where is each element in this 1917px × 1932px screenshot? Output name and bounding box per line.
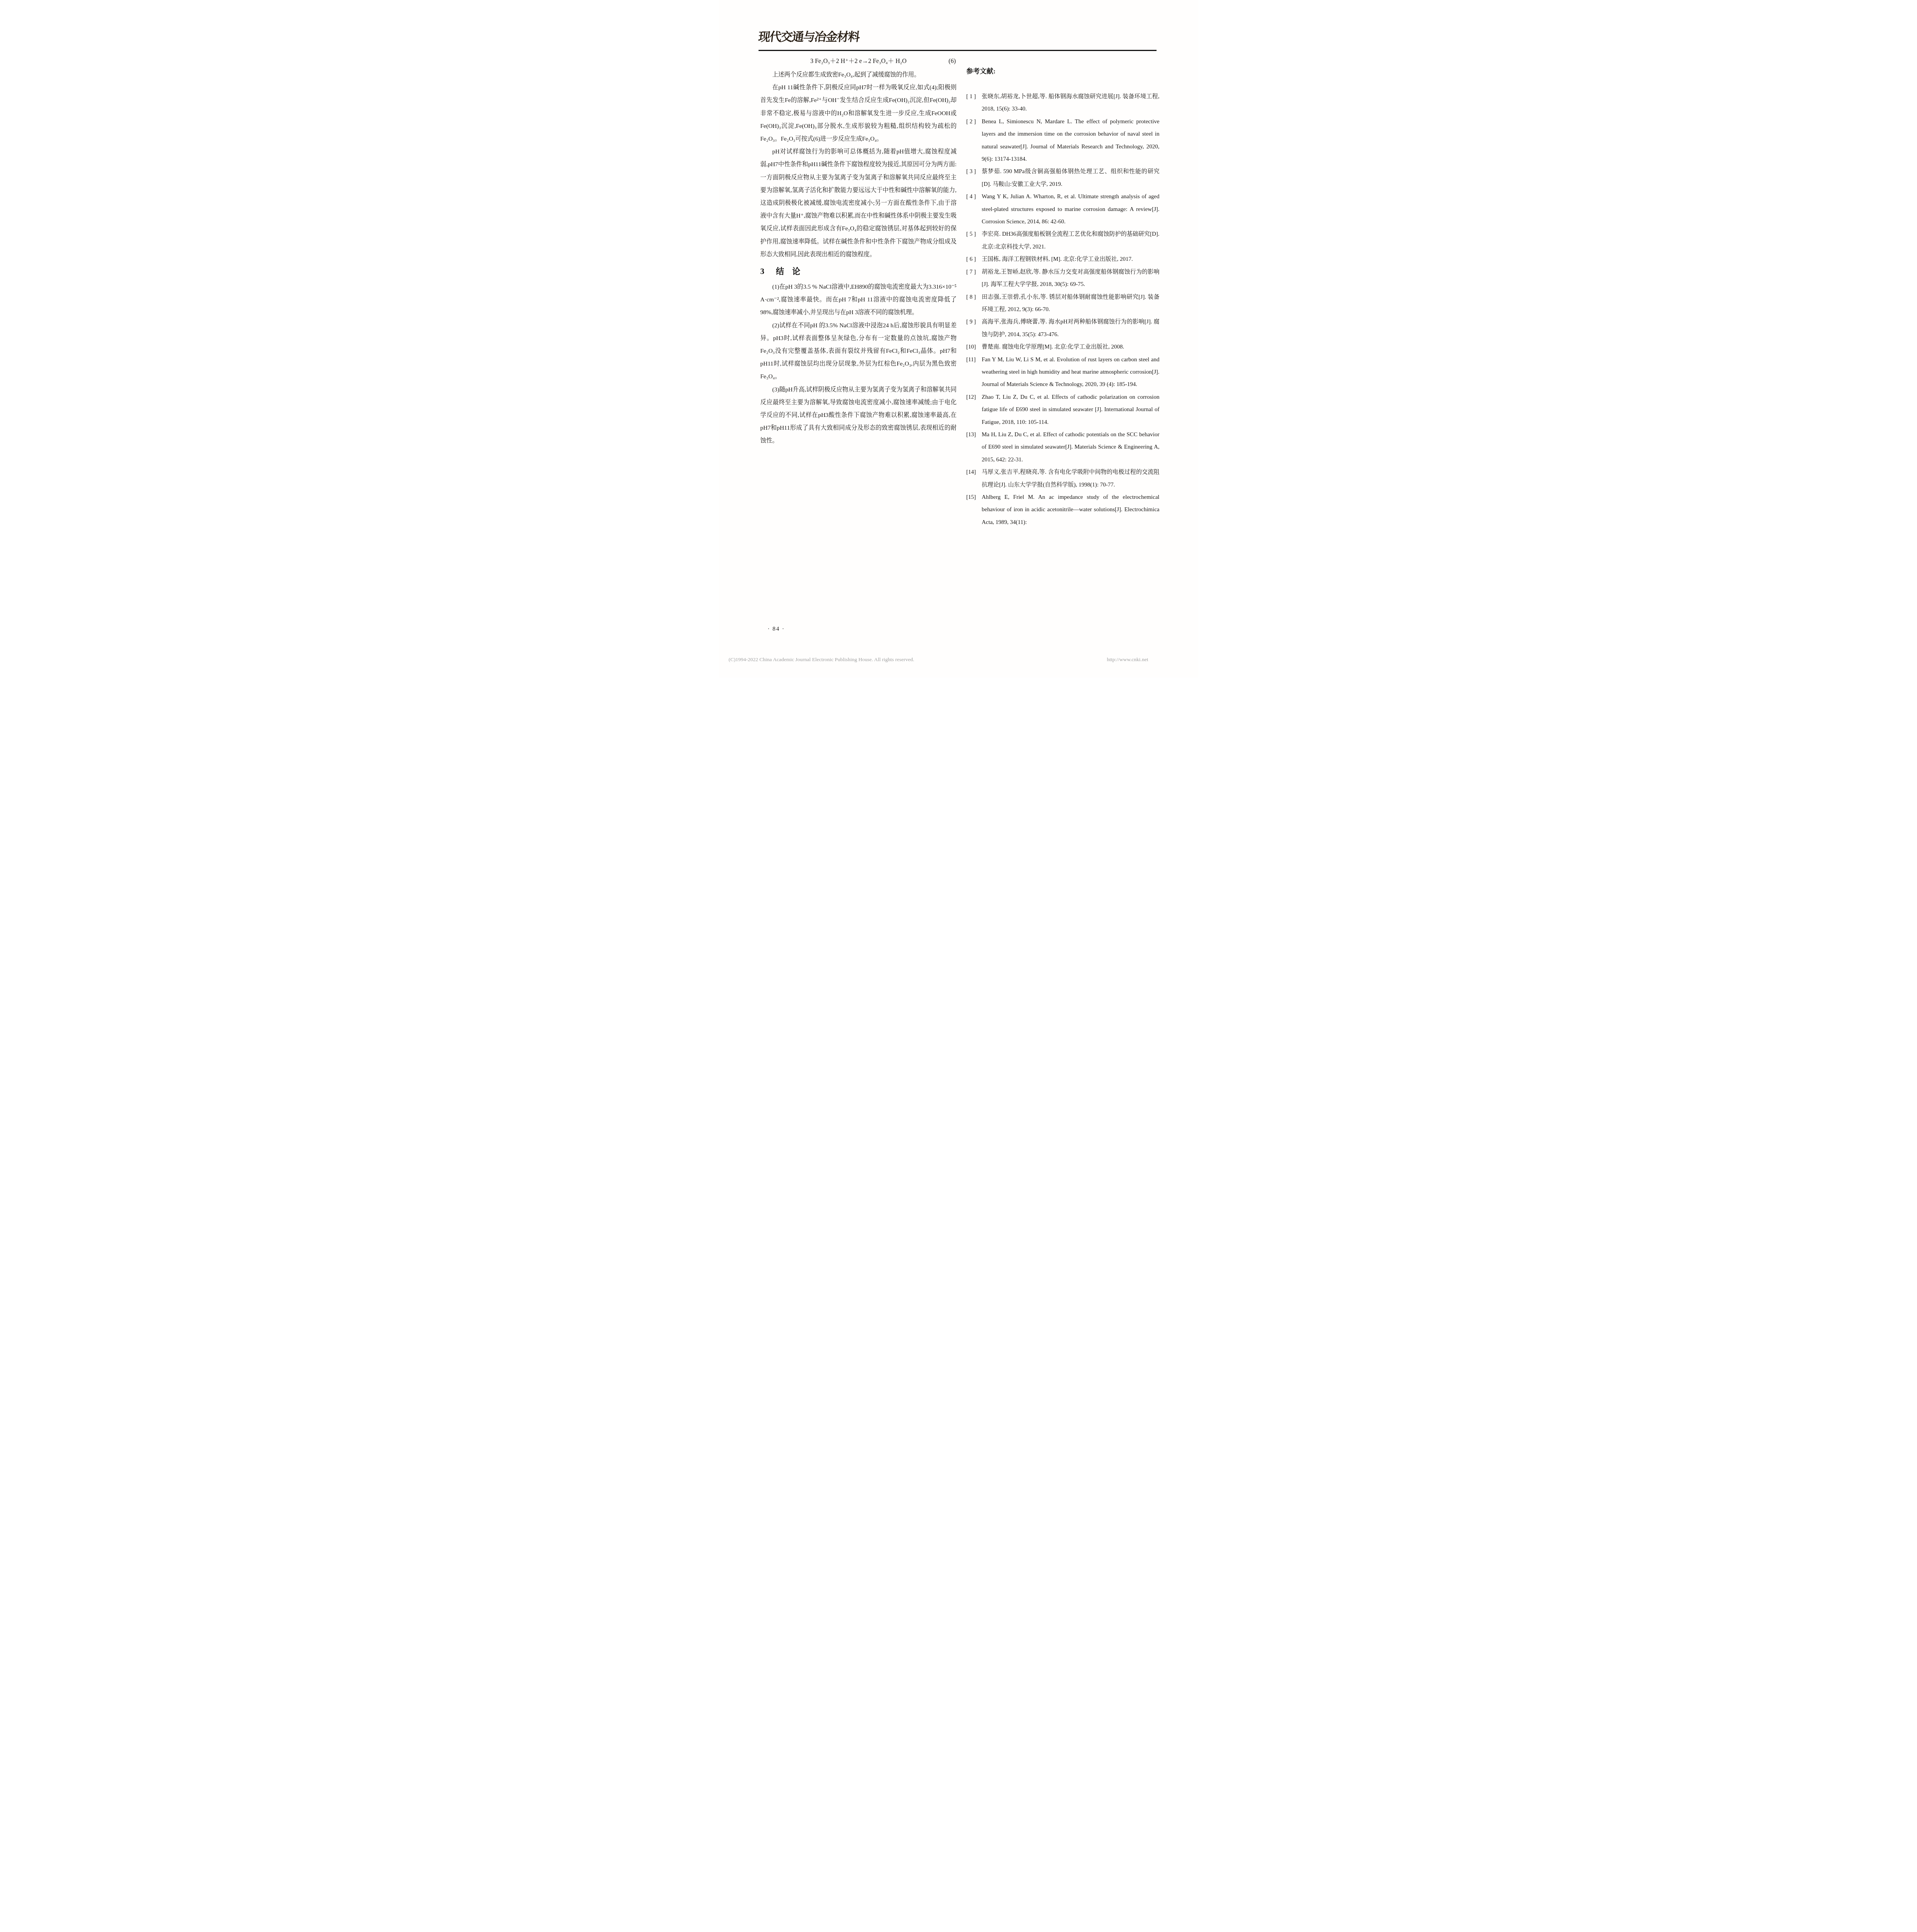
references-column: 参考文献: [ 1 ] 张晓东,胡裕龙,卜世超,等. 船体钢海水腐蚀研究进展[J… (966, 65, 1160, 529)
references-heading: 参考文献: (966, 65, 1160, 78)
footer: (C)1994-2022 China Academic Journal Elec… (729, 656, 1148, 663)
page-number: · 84 · (768, 626, 785, 633)
reference-label: [11] (966, 354, 976, 366)
equation-formula: 3 Fe₂O₃＋2 H⁺＋2 e→2 Fe₃O₄＋ H₂O (810, 58, 907, 65)
body-paragraph: pH对试样腐蚀行为的影响可总体概括为,随着pH值增大,腐蚀程度减弱,pH7中性条… (760, 145, 957, 261)
reference-text: Fan Y M, Liu W, Li S M, et al. Evolution… (982, 357, 1160, 388)
reference-text: Ahlberg E, Friel M. An ac impedance stud… (982, 494, 1160, 526)
reference-item: [12] Zhao T, Liu Z, Du C, et al. Effects… (966, 391, 1160, 429)
reference-label: [13] (966, 429, 976, 441)
reference-label: [10] (966, 341, 976, 353)
reference-text: 王国栋, 海洋工程钢铁材料, [M]. 北京:化学工业出版社, 2017. (982, 256, 1133, 262)
reference-text: 张晓东,胡裕龙,卜世超,等. 船体钢海水腐蚀研究进展[J]. 装备环境工程, 2… (982, 94, 1160, 112)
reference-label: [12] (966, 391, 976, 403)
journal-logo: 现代交通与冶金材料 (757, 27, 860, 44)
reference-text: 蔡梦茹. 590 MPa级含铜高强船体钢热处理工艺、组织和性能的研究[D]. 马… (982, 168, 1160, 187)
reference-item: [ 3 ] 蔡梦茹. 590 MPa级含铜高强船体钢热处理工艺、组织和性能的研究… (966, 165, 1160, 190)
reference-item: [10] 曹楚南. 腐蚀电化学原理[M]. 北京:化学工业出版社, 2008. (966, 341, 1160, 353)
body-paragraph: 在pH 11碱性条件下,阴极反应同pH7时一样为吸氧反应,如式(4);阳极则首先… (760, 81, 957, 145)
reference-text: 高海平,张海兵,傅晓蕾,等. 海水pH对两种船体钢腐蚀行为的影响[J]. 腐蚀与… (982, 319, 1160, 337)
reference-label: [ 1 ] (966, 90, 976, 103)
reference-text: Zhao T, Liu Z, Du C, et al. Effects of c… (982, 394, 1160, 425)
reference-item: [15] Ahlberg E, Friel M. An ac impedance… (966, 491, 1160, 529)
reference-label: [ 7 ] (966, 266, 976, 278)
reference-item: [14] 马厚义,张吉平,程晓亮,等. 含有电化学吸附中间物的电极过程的交流阻抗… (966, 466, 1160, 491)
reference-text: 曹楚南. 腐蚀电化学原理[M]. 北京:化学工业出版社, 2008. (982, 344, 1124, 350)
reference-item: [ 6 ] 王国栋, 海洋工程钢铁材料, [M]. 北京:化学工业出版社, 20… (966, 253, 1160, 265)
footer-copyright: (C)1994-2022 China Academic Journal Elec… (729, 656, 914, 663)
reference-text: Ma H, Liu Z, Du C, et al. Effect of cath… (982, 432, 1160, 463)
reference-text: Benea L, Simionescu N, Mardare L. The ef… (982, 119, 1160, 162)
equation-number: (6) (949, 55, 956, 68)
reference-label: [ 3 ] (966, 165, 976, 178)
reference-label: [ 9 ] (966, 316, 976, 328)
journal-page: 现代交通与冶金材料 3 Fe₂O₃＋2 H⁺＋2 e→2 Fe₃O₄＋ H₂O … (719, 0, 1198, 678)
reference-item: [ 5 ] 李宏亮. DH36高强度船板钢全流程工艺优化和腐蚀防护的基础研究[D… (966, 228, 1160, 253)
header-divider (759, 50, 1157, 51)
reference-item: [ 4 ] Wang Y K, Julian A. Wharton, R, et… (966, 190, 1160, 228)
reference-text: 田志强,王崇碧,孔小东,等. 锈层对船体钢耐腐蚀性能影响研究[J]. 装备环境工… (982, 294, 1160, 313)
equation-row: 3 Fe₂O₃＋2 H⁺＋2 e→2 Fe₃O₄＋ H₂O (6) (760, 55, 957, 68)
reference-text: 胡裕龙,王智峤,赵欣,等. 静水压力交变对高强度船体钢腐蚀行为的影响[J]. 海… (982, 269, 1160, 287)
section-heading: 3结 论 (760, 265, 957, 277)
reference-label: [ 2 ] (966, 116, 976, 128)
left-column: 3 Fe₂O₃＋2 H⁺＋2 e→2 Fe₃O₄＋ H₂O (6) 上述两个反应… (760, 55, 957, 447)
conclusion-paragraph: (3)随pH升高,试样阴极反应物从主要为氢离子变为氢离子和溶解氧共同反应最终至主… (760, 383, 957, 447)
section-title: 结 论 (776, 267, 800, 276)
body-paragraph: 上述两个反应都生成致密Fe₃O₄,起到了减缓腐蚀的作用。 (760, 68, 957, 81)
reference-item: [ 8 ] 田志强,王崇碧,孔小东,等. 锈层对船体钢耐腐蚀性能影响研究[J].… (966, 291, 1160, 316)
reference-label: [14] (966, 466, 976, 478)
reference-label: [ 8 ] (966, 291, 976, 303)
reference-item: [13] Ma H, Liu Z, Du C, et al. Effect of… (966, 429, 1160, 466)
reference-label: [ 5 ] (966, 228, 976, 240)
reference-label: [ 4 ] (966, 190, 976, 203)
reference-item: [ 1 ] 张晓东,胡裕龙,卜世超,等. 船体钢海水腐蚀研究进展[J]. 装备环… (966, 90, 1160, 116)
reference-item: [ 2 ] Benea L, Simionescu N, Mardare L. … (966, 116, 1160, 166)
section-number: 3 (760, 267, 765, 276)
reference-text: 马厚义,张吉平,程晓亮,等. 含有电化学吸附中间物的电极过程的交流阻抗理论[J]… (982, 469, 1160, 488)
reference-label: [ 6 ] (966, 253, 976, 265)
reference-text: Wang Y K, Julian A. Wharton, R, et al. U… (982, 194, 1160, 225)
conclusion-paragraph: (1)在pH 3的3.5 % NaCl溶液中,EH890的腐蚀电流密度最大为3.… (760, 281, 957, 319)
reference-text: 李宏亮. DH36高强度船板钢全流程工艺优化和腐蚀防护的基础研究[D]. 北京:… (982, 231, 1160, 250)
reference-label: [15] (966, 491, 976, 503)
footer-url: http://www.cnki.net (1107, 656, 1148, 663)
conclusion-paragraph: (2)试样在不同pH 的3.5% NaCl溶液中浸泡24 h后,腐蚀形貌具有明显… (760, 319, 957, 383)
reference-item: [ 7 ] 胡裕龙,王智峤,赵欣,等. 静水压力交变对高强度船体钢腐蚀行为的影响… (966, 266, 1160, 291)
reference-item: [ 9 ] 高海平,张海兵,傅晓蕾,等. 海水pH对两种船体钢腐蚀行为的影响[J… (966, 316, 1160, 341)
reference-item: [11] Fan Y M, Liu W, Li S M, et al. Evol… (966, 354, 1160, 391)
